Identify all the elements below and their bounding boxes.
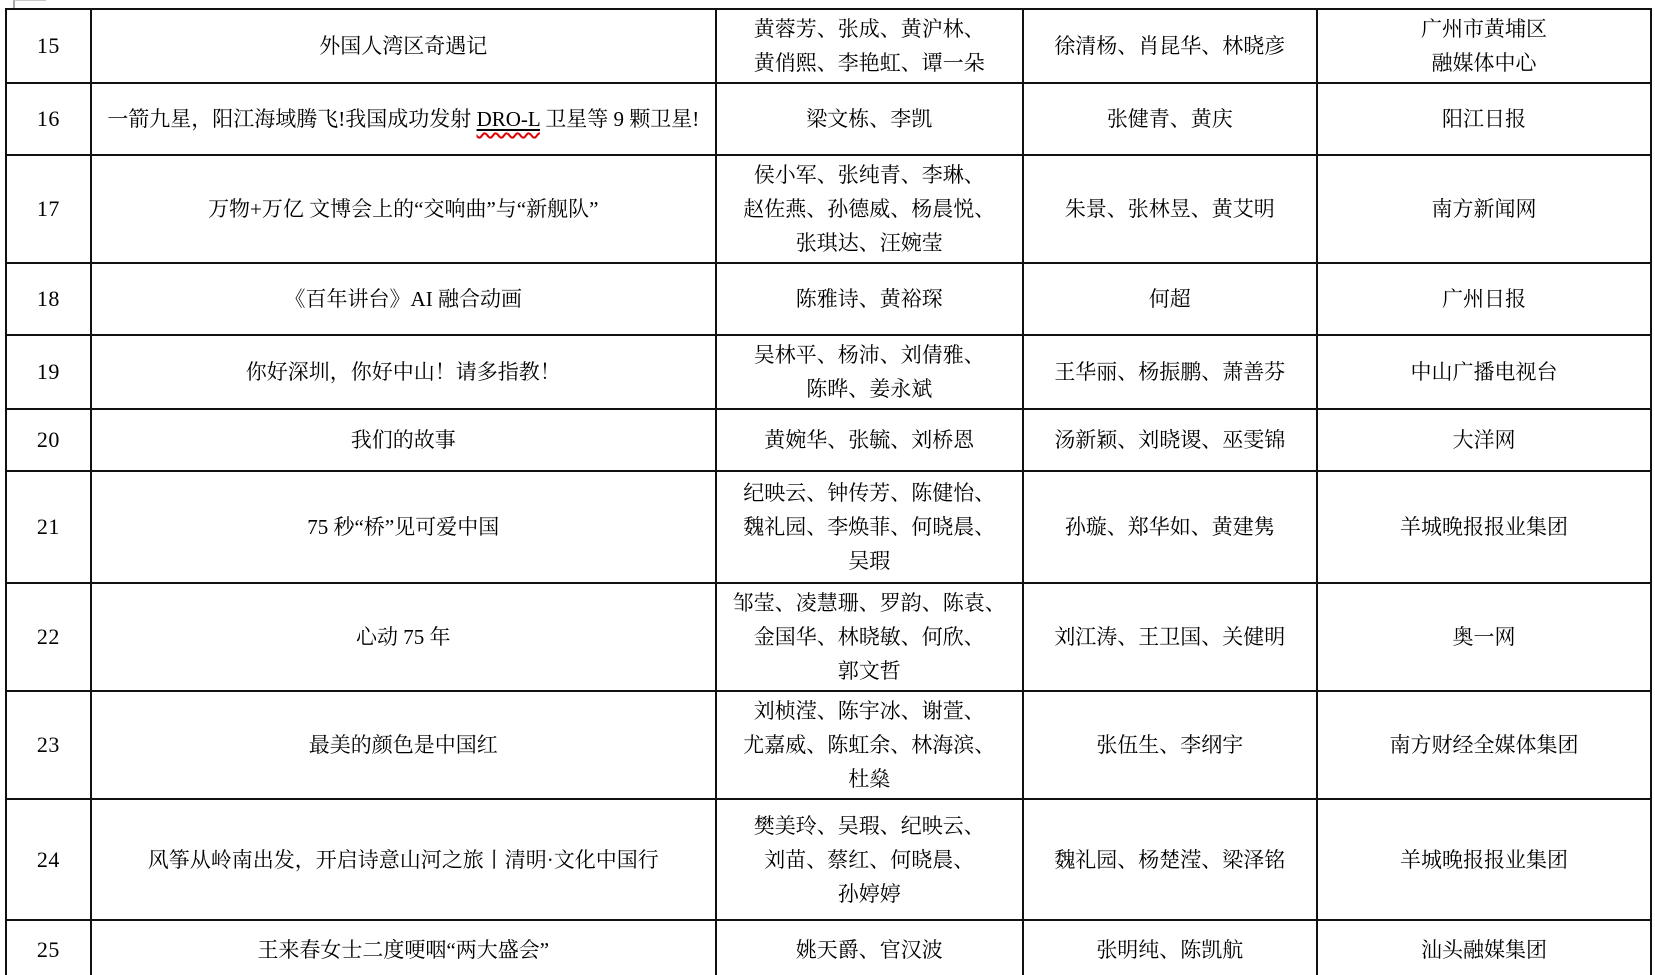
organization-cell: 奥一网 <box>1317 583 1651 691</box>
row-number: 16 <box>37 106 60 131</box>
row-number-cell: 17 <box>6 155 91 263</box>
editors-text: 汤新颖、刘晓谡、巫雯锦 <box>1054 428 1285 452</box>
organization-cell: 广州日报 <box>1317 263 1651 335</box>
row-number: 17 <box>37 196 60 221</box>
title-text: 75 秒“桥”见可爱中国 <box>307 515 499 539</box>
authors-cell: 黄蓉芳、张成、黄沪林、 黄俏熙、李艳虹、谭一朵 <box>716 9 1023 83</box>
title-cell: 最美的颜色是中国红 <box>91 691 716 799</box>
editors-cell: 张明纯、陈凯航 <box>1023 920 1317 975</box>
row-number-cell: 22 <box>6 583 91 691</box>
table-row: 23 最美的颜色是中国红 刘桢滢、陈宇冰、谢萱、 尤嘉威、陈虹余、林海滨、 杜燊… <box>6 691 1651 799</box>
organization-text: 羊城晚报报业集团 <box>1400 848 1568 872</box>
row-number-cell: 24 <box>6 799 91 920</box>
editors-text: 魏礼园、杨楚滢、梁泽铭 <box>1054 848 1285 872</box>
spellcheck-squiggle: DRO-L <box>477 107 540 131</box>
editors-cell: 孙璇、郑华如、黄建隽 <box>1023 471 1317 583</box>
title-text: 你好深圳，你好中山！请多指教！ <box>246 360 561 384</box>
organization-text: 中山广播电视台 <box>1411 360 1558 384</box>
row-number: 21 <box>37 514 60 539</box>
organization-text: 南方财经全媒体集团 <box>1390 733 1579 757</box>
organization-text: 阳江日报 <box>1442 107 1526 131</box>
organization-cell: 中山广播电视台 <box>1317 335 1651 409</box>
row-number: 23 <box>37 732 60 757</box>
table-row: 17 万物+万亿 文博会上的“交响曲”与“新舰队” 侯小军、张纯青、李琳、 赵佐… <box>6 155 1651 263</box>
authors-cell: 姚天爵、官汉波 <box>716 920 1023 975</box>
organization-text: 广州日报 <box>1442 287 1526 311</box>
row-number: 18 <box>37 286 60 311</box>
organization-cell: 南方新闻网 <box>1317 155 1651 263</box>
organization-text: 汕头融媒集团 <box>1421 938 1547 962</box>
table-row: 20 我们的故事 黄婉华、张毓、刘桥恩 汤新颖、刘晓谡、巫雯锦 大洋网 <box>6 409 1651 471</box>
title-cell: 外国人湾区奇遇记 <box>91 9 716 83</box>
organization-text: 大洋网 <box>1453 428 1516 452</box>
title-cell: 一箭九星，阳江海域腾飞!我国成功发射 DRO-L 卫星等 9 颗卫星! <box>91 83 716 155</box>
authors-cell: 陈雅诗、黄裕琛 <box>716 263 1023 335</box>
title-text: 最美的颜色是中国红 <box>309 733 498 757</box>
editors-cell: 汤新颖、刘晓谡、巫雯锦 <box>1023 409 1317 471</box>
authors-text: 邹莹、凌慧珊、罗韵、陈袁、 金国华、林晓敏、何欣、 郭文哲 <box>733 591 1006 683</box>
editors-text: 何超 <box>1149 287 1191 311</box>
row-number: 15 <box>37 33 60 58</box>
authors-cell: 樊美玲、吴瑕、纪映云、 刘苗、蔡红、何晓晨、 孙婷婷 <box>716 799 1023 920</box>
row-number: 20 <box>37 427 60 452</box>
editors-text: 张明纯、陈凯航 <box>1096 938 1243 962</box>
editors-text: 朱景、张林昱、黄艾明 <box>1065 197 1275 221</box>
authors-text: 陈雅诗、黄裕琛 <box>796 287 943 311</box>
title-cell: 我们的故事 <box>91 409 716 471</box>
organization-text: 南方新闻网 <box>1432 197 1537 221</box>
table-row: 18 《百年讲台》AI 融合动画 陈雅诗、黄裕琛 何超 广州日报 <box>6 263 1651 335</box>
editors-cell: 魏礼园、杨楚滢、梁泽铭 <box>1023 799 1317 920</box>
title-cell: 你好深圳，你好中山！请多指教！ <box>91 335 716 409</box>
title-cell: 75 秒“桥”见可爱中国 <box>91 471 716 583</box>
authors-cell: 梁文栋、李凯 <box>716 83 1023 155</box>
organization-cell: 阳江日报 <box>1317 83 1651 155</box>
row-number-cell: 23 <box>6 691 91 799</box>
title-text: 一箭九星，阳江海域腾飞!我国成功发射 <box>107 107 476 131</box>
organization-cell: 大洋网 <box>1317 409 1651 471</box>
organization-cell: 汕头融媒集团 <box>1317 920 1651 975</box>
editors-cell: 何超 <box>1023 263 1317 335</box>
editors-text: 张伍生、李纲宇 <box>1096 733 1243 757</box>
row-number-cell: 21 <box>6 471 91 583</box>
authors-text: 刘桢滢、陈宇冰、谢萱、 尤嘉威、陈虹余、林海滨、 杜燊 <box>743 699 995 791</box>
authors-text: 黄婉华、张毓、刘桥恩 <box>764 428 974 452</box>
row-number: 22 <box>37 624 60 649</box>
editors-text: 王华丽、杨振鹏、萧善芬 <box>1054 360 1285 384</box>
title-text: 万物+万亿 文博会上的“交响曲”与“新舰队” <box>208 197 598 221</box>
organization-text: 羊城晚报报业集团 <box>1400 515 1568 539</box>
authors-cell: 黄婉华、张毓、刘桥恩 <box>716 409 1023 471</box>
editors-text: 张健青、黄庆 <box>1107 107 1233 131</box>
editors-text: 刘江涛、王卫国、关健明 <box>1054 625 1285 649</box>
document-table: 15 外国人湾区奇遇记 黄蓉芳、张成、黄沪林、 黄俏熙、李艳虹、谭一朵 徐清杨、… <box>5 8 1652 975</box>
title-text: 外国人湾区奇遇记 <box>319 34 487 58</box>
table-row: 15 外国人湾区奇遇记 黄蓉芳、张成、黄沪林、 黄俏熙、李艳虹、谭一朵 徐清杨、… <box>6 9 1651 83</box>
authors-cell: 纪映云、钟传芳、陈健怡、 魏礼园、李焕菲、何晓晨、 吴瑕 <box>716 471 1023 583</box>
row-number-cell: 25 <box>6 920 91 975</box>
editors-cell: 徐清杨、肖昆华、林晓彦 <box>1023 9 1317 83</box>
table-row: 25 王来春女士二度哽咽“两大盛会” 姚天爵、官汉波 张明纯、陈凯航 汕头融媒集… <box>6 920 1651 975</box>
authors-cell: 侯小军、张纯青、李琳、 赵佐燕、孙德威、杨晨悦、 张琪达、汪婉莹 <box>716 155 1023 263</box>
title-cell: 心动 75 年 <box>91 583 716 691</box>
editors-cell: 刘江涛、王卫国、关健明 <box>1023 583 1317 691</box>
row-number-cell: 20 <box>6 409 91 471</box>
title-text: 心动 75 年 <box>356 625 451 649</box>
row-number-cell: 18 <box>6 263 91 335</box>
editors-cell: 王华丽、杨振鹏、萧善芬 <box>1023 335 1317 409</box>
title-text: 卫星等 9 颗卫星! <box>540 107 699 131</box>
authors-cell: 邹莹、凌慧珊、罗韵、陈袁、 金国华、林晓敏、何欣、 郭文哲 <box>716 583 1023 691</box>
authors-text: 姚天爵、官汉波 <box>796 938 943 962</box>
authors-text: 侯小军、张纯青、李琳、 赵佐燕、孙德威、杨晨悦、 张琪达、汪婉莹 <box>743 163 995 255</box>
row-number-cell: 19 <box>6 335 91 409</box>
table-row: 21 75 秒“桥”见可爱中国 纪映云、钟传芳、陈健怡、 魏礼园、李焕菲、何晓晨… <box>6 471 1651 583</box>
organization-text: 奥一网 <box>1453 625 1516 649</box>
title-cell: 万物+万亿 文博会上的“交响曲”与“新舰队” <box>91 155 716 263</box>
organization-cell: 羊城晚报报业集团 <box>1317 799 1651 920</box>
title-cell: 《百年讲台》AI 融合动画 <box>91 263 716 335</box>
table-row: 19 你好深圳，你好中山！请多指教！ 吴林平、杨沛、刘倩雅、 陈晔、姜永斌 王华… <box>6 335 1651 409</box>
editors-text: 徐清杨、肖昆华、林晓彦 <box>1054 34 1285 58</box>
row-number-cell: 15 <box>6 9 91 83</box>
editors-text: 孙璇、郑华如、黄建隽 <box>1065 515 1275 539</box>
row-number: 19 <box>37 359 60 384</box>
title-text: 我们的故事 <box>351 428 456 452</box>
authors-text: 纪映云、钟传芳、陈健怡、 魏礼园、李焕菲、何晓晨、 吴瑕 <box>743 481 995 573</box>
authors-text: 黄蓉芳、张成、黄沪林、 黄俏熙、李艳虹、谭一朵 <box>754 17 985 75</box>
authors-cell: 吴林平、杨沛、刘倩雅、 陈晔、姜永斌 <box>716 335 1023 409</box>
row-number: 25 <box>37 937 60 962</box>
editors-cell: 张健青、黄庆 <box>1023 83 1317 155</box>
previous-row-border-fragment <box>13 0 46 8</box>
row-number-cell: 16 <box>6 83 91 155</box>
organization-text: 广州市黄埔区 融媒体中心 <box>1421 17 1547 75</box>
organization-cell: 南方财经全媒体集团 <box>1317 691 1651 799</box>
title-text: 《百年讲台》AI 融合动画 <box>285 287 522 311</box>
organization-cell: 广州市黄埔区 融媒体中心 <box>1317 9 1651 83</box>
title-cell: 风筝从岭南出发，开启诗意山河之旅丨清明·文化中国行 <box>91 799 716 920</box>
authors-text: 樊美玲、吴瑕、纪映云、 刘苗、蔡红、何晓晨、 孙婷婷 <box>754 814 985 906</box>
editors-cell: 朱景、张林昱、黄艾明 <box>1023 155 1317 263</box>
table-row: 16 一箭九星，阳江海域腾飞!我国成功发射 DRO-L 卫星等 9 颗卫星! 梁… <box>6 83 1651 155</box>
title-text: 风筝从岭南出发，开启诗意山河之旅丨清明·文化中国行 <box>148 848 659 872</box>
authors-cell: 刘桢滢、陈宇冰、谢萱、 尤嘉威、陈虹余、林海滨、 杜燊 <box>716 691 1023 799</box>
title-cell: 王来春女士二度哽咽“两大盛会” <box>91 920 716 975</box>
table-row: 22 心动 75 年 邹莹、凌慧珊、罗韵、陈袁、 金国华、林晓敏、何欣、 郭文哲… <box>6 583 1651 691</box>
table-row: 24 风筝从岭南出发，开启诗意山河之旅丨清明·文化中国行 樊美玲、吴瑕、纪映云、… <box>6 799 1651 920</box>
dro-l-term: DRO-L <box>477 107 540 131</box>
authors-text: 吴林平、杨沛、刘倩雅、 陈晔、姜永斌 <box>754 343 985 401</box>
authors-text: 梁文栋、李凯 <box>806 107 932 131</box>
editors-cell: 张伍生、李纲宇 <box>1023 691 1317 799</box>
row-number: 24 <box>37 847 60 872</box>
organization-cell: 羊城晚报报业集团 <box>1317 471 1651 583</box>
title-text: 王来春女士二度哽咽“两大盛会” <box>257 938 549 962</box>
